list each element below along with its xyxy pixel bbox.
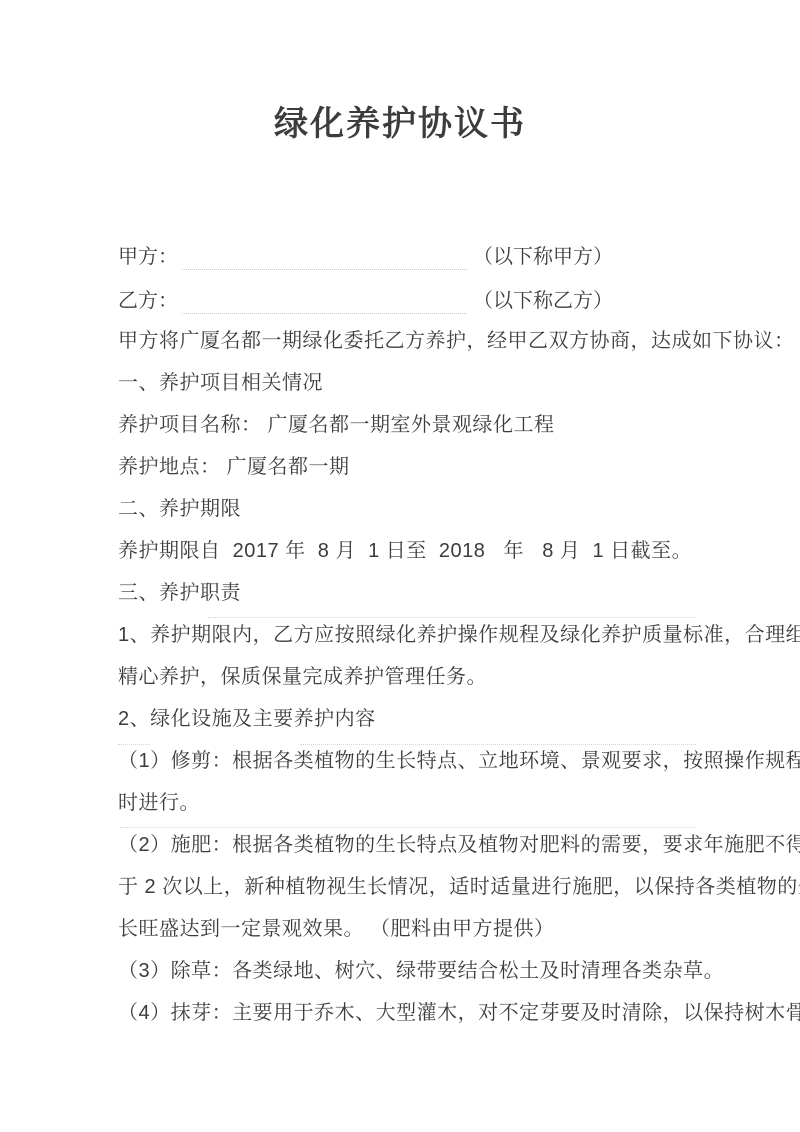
body-line-3: 养护项目名称： 广厦名都一期室外景观绿化工程	[118, 404, 708, 446]
party-a-blank-field	[182, 243, 467, 270]
party-a-row: 甲方： （以下称甲方）	[118, 242, 618, 272]
body-line-13: （2）施肥：根据各类植物的生长特点及植物对肥料的需要，要求年施肥不得少	[118, 824, 708, 866]
body-line-12: 时进行。	[118, 782, 708, 824]
body-line-14: 于 2 次以上，新种植物视生长情况，适时适量进行施肥，以保持各类植物的生	[118, 866, 708, 908]
body-line-2: 一、养护项目相关情况	[118, 362, 708, 404]
body-line-9: 精心养护，保质保量完成养护管理任务。	[118, 656, 708, 698]
body-line-17: （4）抹芽：主要用于乔木、大型灌木，对不定芽要及时清除，以保持树木骨架	[118, 992, 708, 1034]
body-line-10: 2、绿化设施及主要养护内容	[118, 698, 708, 740]
dotted-rule-artifact	[118, 744, 150, 745]
body-line-15: 长旺盛达到一定景观效果。 （肥料由甲方提供）	[118, 908, 708, 950]
dotted-rule-artifact	[208, 617, 696, 618]
dotted-rule-artifact	[300, 744, 696, 745]
body-line-16: （3）除草：各类绿地、树穴、绿带要结合松土及时清理各类杂草。	[118, 950, 708, 992]
party-b-blank-field	[182, 287, 467, 314]
body-line-5: 二、养护期限	[118, 488, 708, 530]
party-a-suffix: （以下称甲方）	[473, 242, 613, 272]
body-line-1: 甲方将广厦名都一期绿化委托乙方养护，经甲乙双方协商，达成如下协议：	[118, 320, 708, 362]
document-body: 甲方将广厦名都一期绿化委托乙方养护，经甲乙双方协商，达成如下协议：一、养护项目相…	[118, 320, 708, 1034]
body-line-7: 三、养护职责	[118, 572, 708, 614]
party-b-suffix: （以下称乙方）	[473, 286, 613, 316]
body-line-6: 养护期限自 2017 年 8 月 1 日至 2018 年 8 月 1 日截至。	[118, 530, 708, 572]
party-b-row: 乙方： （以下称乙方）	[118, 286, 618, 316]
body-line-8: 1、养护期限内，乙方应按照绿化养护操作规程及绿化养护质量标准，合理组织，	[118, 614, 708, 656]
document-title: 绿化养护协议书	[0, 100, 800, 148]
party-b-label: 乙方：	[118, 286, 178, 316]
party-a-label: 甲方：	[118, 242, 178, 272]
body-line-11: （1）修剪：根据各类植物的生长特点、立地环境、景观要求，按照操作规程适	[118, 740, 708, 782]
document-page: 绿化养护协议书 甲方： （以下称甲方） 乙方： （以下称乙方） 甲方将广厦名都一…	[0, 0, 800, 1132]
dotted-rule-artifact	[120, 827, 696, 828]
body-line-4: 养护地点： 广厦名都一期	[118, 446, 708, 488]
